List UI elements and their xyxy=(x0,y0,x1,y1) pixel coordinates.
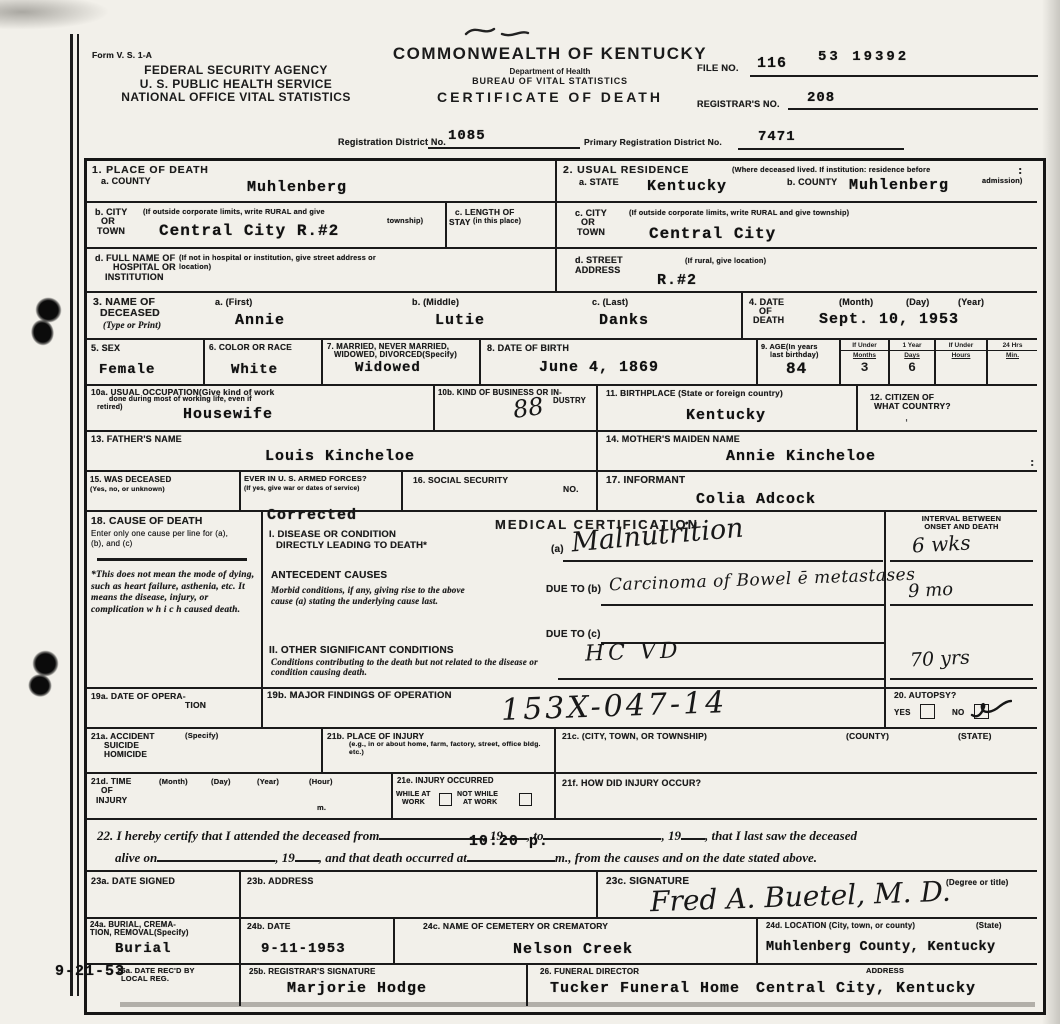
antecedent-label: ANTECEDENT CAUSES xyxy=(271,570,387,582)
business-handwritten: 88 xyxy=(511,392,545,424)
birthplace-value: Kentucky xyxy=(686,407,766,424)
father-label: 13. FATHER'S NAME xyxy=(91,434,182,444)
rule-line xyxy=(738,148,904,150)
scan-speck: : xyxy=(1030,456,1034,469)
bureau-line: BUREAU OF VITAL STATISTICS xyxy=(370,76,730,86)
field-registrar-signature: 25b. REGISTRAR'S SIGNATURE Marjorie Hodg… xyxy=(241,965,528,1006)
hours-label: Hours xyxy=(936,351,986,359)
other-conditions-label: II. OTHER SIGNIFICANT CONDITIONS xyxy=(269,645,454,657)
injury-occurred-label: 21e. INJURY OCCURRED xyxy=(397,777,494,786)
field-marital-status: 7. MARRIED, NEVER MARRIED, WIDOWED, DIVO… xyxy=(323,340,481,386)
cod-title: 18. CAUSE OF DEATH xyxy=(91,516,203,528)
due-to-b-handwritten: Carcinoma of Bowel ē metastases xyxy=(609,565,916,596)
street-label: d. STREET xyxy=(575,255,623,265)
other-conditions-sub: Conditions contributing to the death but… xyxy=(271,657,539,677)
race-label: 6. COLOR OR RACE xyxy=(209,343,292,353)
field-burial-date: 24b. DATE 9-11-1953 xyxy=(241,919,395,965)
findings-handwritten: 153X-047-14 xyxy=(500,685,727,728)
injury-m-label: m. xyxy=(317,804,326,813)
primary-district-value: 7471 xyxy=(758,129,796,145)
field-accident-suicide-homicide: 21a. ACCIDENT (Specify) SUICIDE HOMICIDE xyxy=(87,729,323,774)
citizen-label2: WHAT COUNTRY? xyxy=(874,402,951,412)
mother-label: 14. MOTHER'S MAIDEN NAME xyxy=(606,434,740,444)
file-no-value: 116 xyxy=(757,55,787,72)
last-name-value: Danks xyxy=(599,312,649,329)
field-sex: 5. SEX Female xyxy=(87,340,205,386)
death-certificate-scan: Form V. S. 1-A FEDERAL SECURITY AGENCY U… xyxy=(0,0,1060,1024)
operation-date-label2: TION xyxy=(185,701,206,711)
middle-name-label: b. (Middle) xyxy=(412,297,459,307)
min-value xyxy=(988,359,1037,360)
agency-line: NATIONAL OFFICE VITAL STATISTICS xyxy=(95,91,377,105)
findings-label: 19b. MAJOR FINDINGS OF OPERATION xyxy=(267,691,452,702)
first-name-value: Annie xyxy=(235,312,285,329)
scan-speck: : xyxy=(1018,164,1022,177)
cemetery-label: 24c. NAME OF CEMETERY OR CREMATORY xyxy=(423,922,608,932)
was-deceased-label: 15. WAS DECEASED xyxy=(90,475,171,484)
injury-hour-label: (Hour) xyxy=(309,778,333,787)
occupation-label3: retired) xyxy=(97,404,123,412)
dod-value: Sept. 10, 1953 xyxy=(819,311,959,328)
agency-line: U. S. PUBLIC HEALTH SERVICE xyxy=(95,78,377,92)
county-label: a. COUNTY xyxy=(101,176,151,186)
blank-line xyxy=(295,848,319,862)
field-age-months: If Under Months 3 xyxy=(841,340,890,386)
dod-title3: DEATH xyxy=(753,315,784,325)
ssn-label: 16. SOCIAL SECURITY xyxy=(413,476,508,486)
cod-sub: Enter only one cause per line for (a), (… xyxy=(91,529,243,548)
hours-value xyxy=(936,359,986,360)
agency-line: FEDERAL SECURITY AGENCY xyxy=(95,64,377,78)
scan-speck: ' xyxy=(905,418,908,429)
field-date-of-death: 4. DATE OF DEATH (Month) (Day) (Year) Se… xyxy=(743,293,1037,340)
street-paren: (If rural, give location) xyxy=(685,257,766,265)
agency-block: FEDERAL SECURITY AGENCY U. S. PUBLIC HEA… xyxy=(95,64,377,105)
rule-line xyxy=(428,147,580,149)
rule-line xyxy=(890,678,1033,680)
registrar-signature-value: Marjorie Hodge xyxy=(287,980,427,997)
hospital-label3: INSTITUTION xyxy=(105,272,164,282)
res-city-paren: (If outside corporate limits, write RURA… xyxy=(629,209,849,217)
ink-squiggle xyxy=(462,22,532,42)
scan-smudge xyxy=(0,0,110,30)
county-value: Muhlenberg xyxy=(247,179,347,196)
months-value: 3 xyxy=(841,359,888,375)
rule-line xyxy=(750,75,1038,77)
field-city-or-town-residence: c. CITY OR TOWN (If outside corporate li… xyxy=(557,203,1037,249)
age-value: 84 xyxy=(786,360,807,378)
hospital-label2: HOSPITAL OR xyxy=(113,262,176,272)
location-state-label: (State) xyxy=(976,922,1002,931)
name-title3: (Type or Print) xyxy=(103,320,161,330)
autopsy-no-label: NO xyxy=(952,708,964,717)
field-certifier-address: 23b. ADDRESS xyxy=(241,872,598,919)
burial-value: Burial xyxy=(115,941,171,957)
field-major-findings: 19b. MAJOR FINDINGS OF OPERATION 153X-04… xyxy=(263,689,886,729)
field-certifier-statement: 22. I hereby certify that I attended the… xyxy=(87,820,1037,872)
field-burial-type: 24a. BURIAL, CREMA- TION, REMOVAL(Specif… xyxy=(87,919,241,965)
field-hospital-name: d. FULL NAME OF (If not in hospital or i… xyxy=(87,249,557,293)
field-date-of-birth: 8. DATE OF BIRTH June 4, 1869 xyxy=(481,340,758,386)
operation-date-label: 19a. DATE OF OPERA- xyxy=(91,692,186,702)
under-1yr-header: If Under xyxy=(841,340,888,351)
blank-line xyxy=(681,826,705,840)
registration-district-label: Registration District No. xyxy=(338,137,446,147)
injury-day-label: (Day) xyxy=(211,778,231,787)
registrar-signature-label: 25b. REGISTRAR'S SIGNATURE xyxy=(249,967,376,976)
binding-line-thin xyxy=(77,34,79,996)
blank-line xyxy=(379,826,483,840)
field-age-min: 24 Hrs Min. xyxy=(988,340,1037,386)
binding-line xyxy=(70,34,73,996)
physician-signature: Fred A. Buetel, M. D. xyxy=(650,875,952,918)
field-time-of-injury: 21d. TIME OF INJURY (Month) (Day) (Year)… xyxy=(87,774,393,820)
field-place-of-death: 1. PLACE OF DEATH a. COUNTY Muhlenberg xyxy=(87,161,557,203)
autopsy-label: 20. AUTOPSY? xyxy=(894,691,956,701)
funeral-director-label: 26. FUNERAL DIRECTOR xyxy=(540,967,639,976)
how-injury-label: 21f. HOW DID INJURY OCCUR? xyxy=(562,778,701,788)
time-injury-label3: INJURY xyxy=(96,796,127,806)
funeral-address-label: ADDRESS xyxy=(866,967,904,976)
registrar-no-value: 208 xyxy=(807,90,835,106)
interval-b-handwritten: 9 mo xyxy=(907,579,953,602)
field-length-of-stay: c. LENGTH OF STAY (in this place) xyxy=(447,203,557,249)
marital-label2: WIDOWED, DIVORCED(Specify) xyxy=(334,351,457,360)
while-at-label: WHILE AT xyxy=(396,791,431,799)
length-of-stay-paren: (in this place) xyxy=(473,218,521,226)
field-place-of-injury: 21b. PLACE OF INJURY (e.g., in or about … xyxy=(323,729,556,774)
disease-a-mark: (a) xyxy=(551,544,564,556)
certificate-title: CERTIFICATE OF DEATH xyxy=(370,89,730,105)
homicide-label: HOMICIDE xyxy=(104,750,147,760)
months-label: Months xyxy=(841,351,888,359)
date-received-value: 9-21-53 xyxy=(55,963,125,980)
field-color-or-race: 6. COLOR OR RACE White xyxy=(205,340,323,386)
occupation-value: Housewife xyxy=(183,406,273,423)
field-usual-residence: 2. USUAL RESIDENCE (Where deceased lived… xyxy=(557,161,1037,203)
city-paren2: township) xyxy=(387,217,423,225)
ssn-label2: NO. xyxy=(563,485,579,495)
field-mothers-maiden-name: 14. MOTHER'S MAIDEN NAME Annie Kincheloe xyxy=(598,432,1037,472)
field-interval-onset-death: INTERVAL BETWEEN ONSET AND DEATH 6 wks 9… xyxy=(886,512,1037,689)
business-label: 10b. KIND OF BUSINESS OR IN- xyxy=(438,389,562,398)
injury-county-label: (COUNTY) xyxy=(846,732,889,742)
marital-value: Widowed xyxy=(355,360,421,376)
days-label: Days xyxy=(890,351,934,359)
field-was-deceased: 15. WAS DECEASED (Yes, no, or unknown) xyxy=(87,472,241,512)
autopsy-no-checkmark xyxy=(968,693,1012,721)
dept-line: Department of Health xyxy=(370,67,730,76)
field-autopsy: 20. AUTOPSY? YES NO xyxy=(886,689,1037,729)
title-block: COMMONWEALTH OF KENTUCKY Department of H… xyxy=(370,44,730,105)
field-age: 9. AGE(In years last birthday) 84 xyxy=(758,340,841,386)
other-conditions-handwritten: HC VD xyxy=(585,638,682,666)
street-value: R.#2 xyxy=(657,272,697,289)
autopsy-yes-label: YES xyxy=(894,708,911,717)
at-work-label: AT WORK xyxy=(463,799,497,807)
field-date-of-operation: 19a. DATE OF OPERA- TION xyxy=(87,689,263,729)
certify-text: 22. I hereby certify that I attended the… xyxy=(97,828,379,843)
while-at-work-checkbox xyxy=(439,793,452,806)
certify-text: , 19 xyxy=(661,828,681,843)
field-age-hours: If Under Hours xyxy=(936,340,988,386)
interval-a-handwritten: 6 wks xyxy=(911,530,971,557)
cemetery-value: Nelson Creek xyxy=(513,941,633,958)
injury-year-label: (Year) xyxy=(257,778,279,787)
hospital-paren2: location) xyxy=(179,263,211,271)
time-of-death-value: 10:20 p. xyxy=(469,833,549,850)
burial-date-label: 24b. DATE xyxy=(247,922,291,932)
dod-day-label: (Day) xyxy=(906,297,930,307)
mother-value: Annie Kincheloe xyxy=(726,448,876,465)
days-value: 6 xyxy=(890,359,934,375)
field-fathers-name: 13. FATHER'S NAME Louis Kincheloe xyxy=(87,432,598,472)
under-24hr-header: If Under xyxy=(936,340,986,351)
field-usual-occupation: 10a. USUAL OCCUPATION(Give kind of work … xyxy=(87,386,435,432)
blank-line xyxy=(157,848,275,862)
res-city-value: Central City xyxy=(649,225,776,243)
state-label: a. STATE xyxy=(579,177,619,187)
field-armed-forces: EVER IN U. S. ARMED FORCES? (If yes, giv… xyxy=(241,472,403,512)
interval-ii-handwritten: 70 yrs xyxy=(909,646,970,671)
certify-line-2: alive on, 19, and that death occurred at… xyxy=(115,848,817,866)
street-label2: ADDRESS xyxy=(575,265,620,275)
field-injury-occurred: 21e. INJURY OCCURRED WHILE AT WORK NOT W… xyxy=(393,774,556,820)
dod-year-label: (Year) xyxy=(958,297,984,307)
certify-text: , and that death occurred at xyxy=(319,850,467,865)
not-while-label: NOT WHILE xyxy=(457,791,498,799)
city-town: TOWN xyxy=(97,226,125,236)
residence-county-value: Muhlenberg xyxy=(849,177,949,194)
usual-residence-title: 2. USUAL RESIDENCE xyxy=(563,164,689,176)
blank-line xyxy=(543,826,661,840)
place-injury-paren: (e.g., in or about home, farm, factory, … xyxy=(349,741,544,757)
field-how-did-injury-occur: 21f. HOW DID INJURY OCCUR? xyxy=(556,774,1037,820)
armed-forces-label: EVER IN U. S. ARMED FORCES? xyxy=(244,475,367,484)
informant-label: 17. INFORMANT xyxy=(606,475,685,487)
rule-line xyxy=(558,678,886,680)
injury-city-label: 21c. (CITY, TOWN, OR TOWNSHIP) xyxy=(562,732,707,742)
corrected-stamp: Corrected xyxy=(267,507,357,524)
field-street-address: d. STREET ADDRESS (If rural, give locati… xyxy=(557,249,1037,293)
autopsy-yes-checkbox xyxy=(920,704,935,719)
field-signature: 23c. SIGNATURE (Degree or title) Fred A.… xyxy=(598,872,1037,919)
due-to-c-label: DUE TO (c) xyxy=(546,629,601,641)
not-while-at-work-checkbox xyxy=(519,793,532,806)
informant-value: Colia Adcock xyxy=(696,491,816,508)
field-cemetery-name: 24c. NAME OF CEMETERY OR CREMATORY Nelso… xyxy=(395,919,758,965)
state-value: Kentucky xyxy=(647,178,727,195)
occupation-label2: done during most of working life, even i… xyxy=(109,396,252,404)
certify-text: , 19 xyxy=(275,850,295,865)
field-funeral-director: 26. FUNERAL DIRECTOR ADDRESS Tucker Fune… xyxy=(528,965,1037,1006)
middle-name-value: Lutie xyxy=(435,312,485,329)
dob-label: 8. DATE OF BIRTH xyxy=(487,343,569,353)
field-kind-of-business: 10b. KIND OF BUSINESS OR IN- DUSTRY 88 xyxy=(435,386,598,432)
injury-month-label: (Month) xyxy=(159,778,188,787)
certify-text: alive on xyxy=(115,850,157,865)
field-injury-city: 21c. (CITY, TOWN, OR TOWNSHIP) (COUNTY) … xyxy=(556,729,1037,774)
registration-district-value: 1085 xyxy=(448,128,486,144)
file-no-extra: 53 19392 xyxy=(818,49,909,65)
burial-date-value: 9-11-1953 xyxy=(261,941,346,957)
birthplace-label: 11. BIRTHPLACE (State or foreign country… xyxy=(606,389,783,399)
father-value: Louis Kincheloe xyxy=(265,448,415,465)
dob-value: June 4, 1869 xyxy=(539,359,659,376)
res-city-or: OR xyxy=(581,217,595,227)
field-age-days: 1 Year Days 6 xyxy=(890,340,936,386)
sex-label: 5. SEX xyxy=(91,343,120,353)
registrar-no-label: REGISTRAR'S NO. xyxy=(697,99,780,109)
field-city-or-town-death: b. CITY OR TOWN (If outside corporate li… xyxy=(87,203,447,249)
length-of-stay-label2: STAY xyxy=(449,218,471,228)
funeral-director-value: Tucker Funeral Home xyxy=(550,980,740,997)
document-title: COMMONWEALTH OF KENTUCKY xyxy=(370,44,730,64)
under-1yr-header2: 1 Year xyxy=(890,340,934,351)
form-number: Form V. S. 1-A xyxy=(92,51,152,61)
morbid-note: Morbid conditions, if any, giving rise t… xyxy=(271,585,489,606)
rule-line xyxy=(563,560,883,562)
file-no-label: FILE NO. xyxy=(697,64,739,75)
field-citizen-of: 12. CITIZEN OF WHAT COUNTRY? xyxy=(858,386,1037,432)
burial-label2: TION, REMOVAL(Specify) xyxy=(90,929,189,938)
city-value: Central City R.#2 xyxy=(159,222,339,240)
certificate-form: 1. PLACE OF DEATH a. COUNTY Muhlenberg 2… xyxy=(84,158,1046,1015)
dod-month-label: (Month) xyxy=(839,297,873,307)
degree-title-label: (Degree or title) xyxy=(946,878,1009,887)
primary-district-label: Primary Registration District No. xyxy=(584,138,722,148)
res-city-town: TOWN xyxy=(577,227,605,237)
accident-paren: (Specify) xyxy=(185,732,218,741)
field-medical-certification: Corrected MEDICAL CERTIFICATION I. DISEA… xyxy=(263,512,886,689)
armed-forces-paren: (If yes, give war or dates of service) xyxy=(244,485,360,492)
name-title2: DECEASED xyxy=(100,307,160,319)
rule-line xyxy=(890,604,1033,606)
usual-residence-note2: admission) xyxy=(982,177,1023,185)
location-value: Muhlenberg County, Kentucky xyxy=(766,940,996,955)
work-label: WORK xyxy=(402,799,425,807)
date-signed-label: 23a. DATE SIGNED xyxy=(91,876,175,886)
rule-line xyxy=(97,558,247,561)
under-24hr-header2: 24 Hrs xyxy=(988,340,1037,351)
usual-residence-note: (Where deceased lived. If institution: r… xyxy=(732,166,930,174)
field-date-signed: 23a. DATE SIGNED xyxy=(87,872,241,919)
rule-line xyxy=(788,108,1038,110)
city-or: OR xyxy=(101,216,115,226)
rule-line xyxy=(890,560,1033,562)
race-value: White xyxy=(231,362,278,378)
field-informant: 17. INFORMANT Colia Adcock xyxy=(598,472,1037,512)
cod-note: *This does not mean the mode of dying, s… xyxy=(91,570,255,616)
location-label: 24d. LOCATION (City, town, or county) xyxy=(766,922,915,931)
rule-line xyxy=(601,604,886,606)
city-paren: (If outside corporate limits, write RURA… xyxy=(143,208,325,216)
field-burial-location: 24d. LOCATION (City, town, or county) (S… xyxy=(758,919,1037,965)
business-label2: DUSTRY xyxy=(553,397,586,406)
injury-state-label: (STATE) xyxy=(958,732,992,742)
sex-value: Female xyxy=(99,362,155,378)
place-of-death-title: 1. PLACE OF DEATH xyxy=(92,164,209,176)
last-name-label: c. (Last) xyxy=(592,297,628,307)
min-label: Min. xyxy=(988,351,1037,359)
blank-line: 10:20 p. xyxy=(467,848,555,862)
ink-blob xyxy=(27,315,59,350)
first-name-label: a. (First) xyxy=(215,297,253,307)
certify-text: m., from the causes and on the date stat… xyxy=(555,850,817,865)
certify-text: , that I last saw the deceased xyxy=(705,828,857,843)
disease-label2: DIRECTLY LEADING TO DEATH* xyxy=(276,541,427,552)
funeral-address-value: Central City, Kentucky xyxy=(756,980,976,997)
field-cause-of-death: 18. CAUSE OF DEATH Enter only one cause … xyxy=(87,512,263,689)
was-deceased-paren: (Yes, no, or unknown) xyxy=(90,486,165,494)
field-birthplace: 11. BIRTHPLACE (State or foreign country… xyxy=(598,386,858,432)
date-received-label2: LOCAL REG. xyxy=(121,975,169,984)
due-to-b-label: DUE TO (b) xyxy=(546,584,601,596)
residence-county-label: b. COUNTY xyxy=(787,177,837,187)
address-label: 23b. ADDRESS xyxy=(247,876,314,886)
field-social-security: 16. SOCIAL SECURITY NO. xyxy=(403,472,598,512)
age-label2: last birthday) xyxy=(770,351,819,359)
field-name-of-deceased: 3. NAME OF DECEASED (Type or Print) a. (… xyxy=(87,293,743,340)
